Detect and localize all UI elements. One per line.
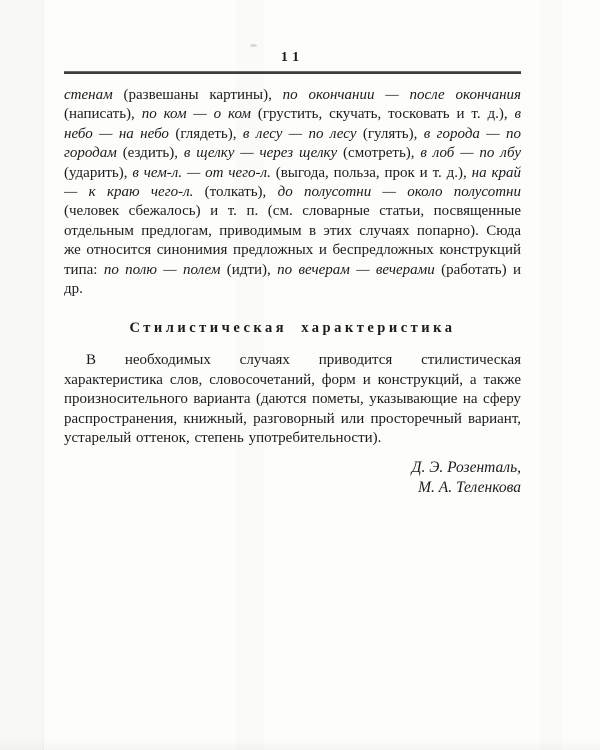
signature-line-1: Д. Э. Розенталь, [64, 458, 521, 478]
body-paragraph-prepositions: стенам (развешаны картины), по окончании… [64, 86, 521, 299]
scan-edge-bottom [0, 738, 600, 750]
scan-streak [540, 0, 562, 750]
signature-line-2: М. А. Теленкова [64, 478, 521, 498]
author-signatures: Д. Э. Розенталь, М. А. Теленкова [64, 458, 521, 498]
scan-speck [250, 44, 257, 47]
scanned-book-page: 11 стенам (развешаны картины), по оконча… [0, 0, 600, 750]
body-paragraph-stylistic: В необходимых случаях приводится стилист… [64, 351, 521, 448]
section-heading: Стилистическая характеристика [64, 320, 521, 337]
page-content: 11 стенам (развешаны картины), по оконча… [64, 50, 521, 498]
header-rule [64, 71, 521, 74]
scan-edge-left [0, 0, 44, 750]
page-number: 11 [64, 50, 521, 66]
